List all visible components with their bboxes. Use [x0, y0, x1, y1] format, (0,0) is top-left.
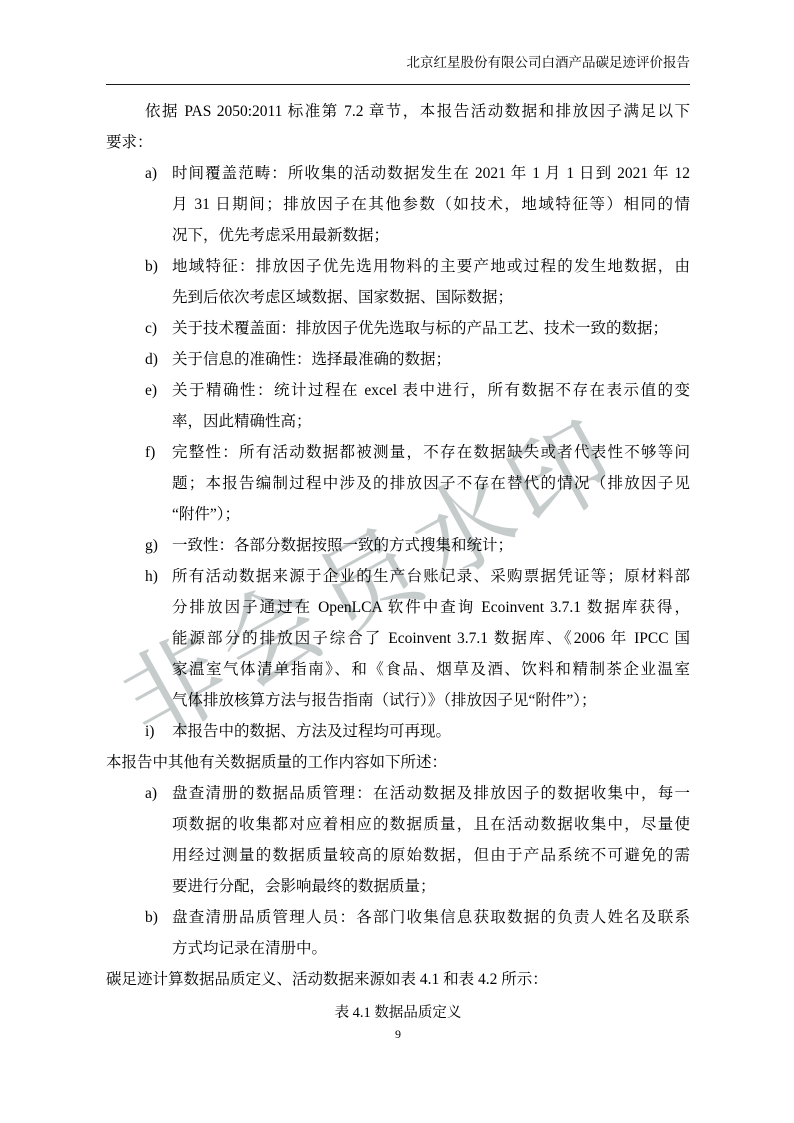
list-item-text: 关于技术覆盖面：排放因子优先选取与标的产品工艺、技术一致的数据； — [172, 320, 668, 337]
body-line: 月 31 日期间；排放因子在其他参数（如技术，地域特征等）相同的情 — [106, 189, 690, 220]
list-label: e) — [145, 375, 172, 406]
list-label: d) — [145, 344, 172, 375]
body-line: 分排放因子通过在 OpenLCA 软件中查询 Ecoinvent 3.7.1 数… — [106, 592, 690, 623]
list-item-text: 本报告中的数据、方法及过程均可再现。 — [172, 723, 451, 740]
body-line: “附件”）； — [106, 499, 690, 530]
body-line: 碳足迹计算数据品质定义、活动数据来源如表 4.1 和表 4.2 所示： — [106, 964, 690, 995]
header-title: 北京红星股份有限公司白酒产品碳足迹评价报告 — [407, 55, 691, 70]
list-label: g) — [145, 530, 172, 561]
list-item-line: h)所有活动数据来源于企业的生产台账记录、采购票据凭证等；原材料部 — [106, 561, 690, 592]
list-item-line: a)时间覆盖范畴：所收集的活动数据发生在 2021 年 1 月 1 日到 202… — [106, 158, 690, 189]
table-caption: 表 4.1 数据品质定义 — [106, 1003, 690, 1023]
list-item-text: 一致性：各部分数据按照一致的方式搜集和统计； — [172, 537, 513, 554]
list-item-text: 完整性：所有活动数据都被测量，不存在数据缺失或者代表性不够等问 — [172, 444, 690, 461]
body-line: 家温室气体清单指南》、和《食品、烟草及酒、饮料和精制茶企业温室 — [106, 654, 690, 685]
list-item-text: 盘查清册品质管理人员：各部门收集信息获取数据的负责人姓名及联系 — [172, 909, 690, 926]
list-item-text: 时间覆盖范畴：所收集的活动数据发生在 2021 年 1 月 1 日到 2021 … — [172, 165, 690, 182]
document-page: 非会员水印 北京红星股份有限公司白酒产品碳足迹评价报告 依据 PAS 2050:… — [0, 0, 794, 1123]
list-item-line: b)盘查清册品质管理人员：各部门收集信息获取数据的负责人姓名及联系 — [106, 902, 690, 933]
list-item-line: b)地域特征：排放因子优先选用物料的主要产地或过程的发生地数据，由 — [106, 251, 690, 282]
list-item-line: f)完整性：所有活动数据都被测量，不存在数据缺失或者代表性不够等问 — [106, 437, 690, 468]
list-item-line: e)关于精确性：统计过程在 excel 表中进行，所有数据不存在表示值的变 — [106, 375, 690, 406]
body-line: 气体排放核算方法与报告指南（试行）》（排放因子见“附件”）； — [106, 685, 690, 716]
body-line: 要进行分配，会影响最终的数据质量； — [106, 871, 690, 902]
list-item-line: g)一致性：各部分数据按照一致的方式搜集和统计； — [106, 530, 690, 561]
body-line: 能源部分的排放因子综合了 Ecoinvent 3.7.1 数据库、《2006 年… — [106, 623, 690, 654]
body-line: 先到后依次考虑区域数据、国家数据、国际数据； — [106, 282, 690, 313]
body-line: 要求： — [106, 127, 690, 158]
list-label: c) — [145, 313, 172, 344]
list-item-line: c)关于技术覆盖面：排放因子优先选取与标的产品工艺、技术一致的数据； — [106, 313, 690, 344]
list-label: b) — [145, 902, 172, 933]
list-item-text: 盘查清册的数据品质管理：在活动数据及排放因子的数据收集中，每一 — [172, 785, 690, 802]
body-line: 率，因此精确性高； — [106, 406, 690, 437]
body-line: 况下，优先考虑采用最新数据； — [106, 220, 690, 251]
list-item-line: d)关于信息的准确性：选择最准确的数据； — [106, 344, 690, 375]
list-item-text: 地域特征：排放因子优先选用物料的主要产地或过程的发生地数据，由 — [172, 258, 690, 275]
list-label: f) — [145, 437, 172, 468]
page-number: 9 — [106, 1026, 690, 1042]
body-line: 依据 PAS 2050:2011 标准第 7.2 章节，本报告活动数据和排放因子… — [106, 96, 690, 127]
list-item-text: 关于信息的准确性：选择最准确的数据； — [172, 351, 451, 368]
list-label: a) — [145, 158, 172, 189]
list-item-text: 关于精确性：统计过程在 excel 表中进行，所有数据不存在表示值的变 — [172, 382, 690, 399]
list-item-line: i)本报告中的数据、方法及过程均可再现。 — [106, 716, 690, 747]
body-line: 方式均记录在清册中。 — [106, 933, 690, 964]
body-text: 依据 PAS 2050:2011 标准第 7.2 章节，本报告活动数据和排放因子… — [106, 96, 690, 995]
body-line: 用经过测量的数据质量较高的原始数据，但由于产品系统不可避免的需 — [106, 840, 690, 871]
list-item-line: a)盘查清册的数据品质管理：在活动数据及排放因子的数据收集中，每一 — [106, 778, 690, 809]
body-line: 本报告中其他有关数据质量的工作内容如下所述： — [106, 747, 690, 778]
list-label: a) — [145, 778, 172, 809]
body-line: 题；本报告编制过程中涉及的排放因子不存在替代的情况（排放因子见 — [106, 468, 690, 499]
page-header: 北京红星股份有限公司白酒产品碳足迹评价报告 — [106, 54, 690, 85]
list-label: i) — [145, 716, 172, 747]
body-line: 项数据的收集都对应着相应的数据质量，且在活动数据收集中，尽量使 — [106, 809, 690, 840]
list-item-text: 所有活动数据来源于企业的生产台账记录、采购票据凭证等；原材料部 — [172, 568, 690, 585]
list-label: b) — [145, 251, 172, 282]
list-label: h) — [145, 561, 172, 592]
